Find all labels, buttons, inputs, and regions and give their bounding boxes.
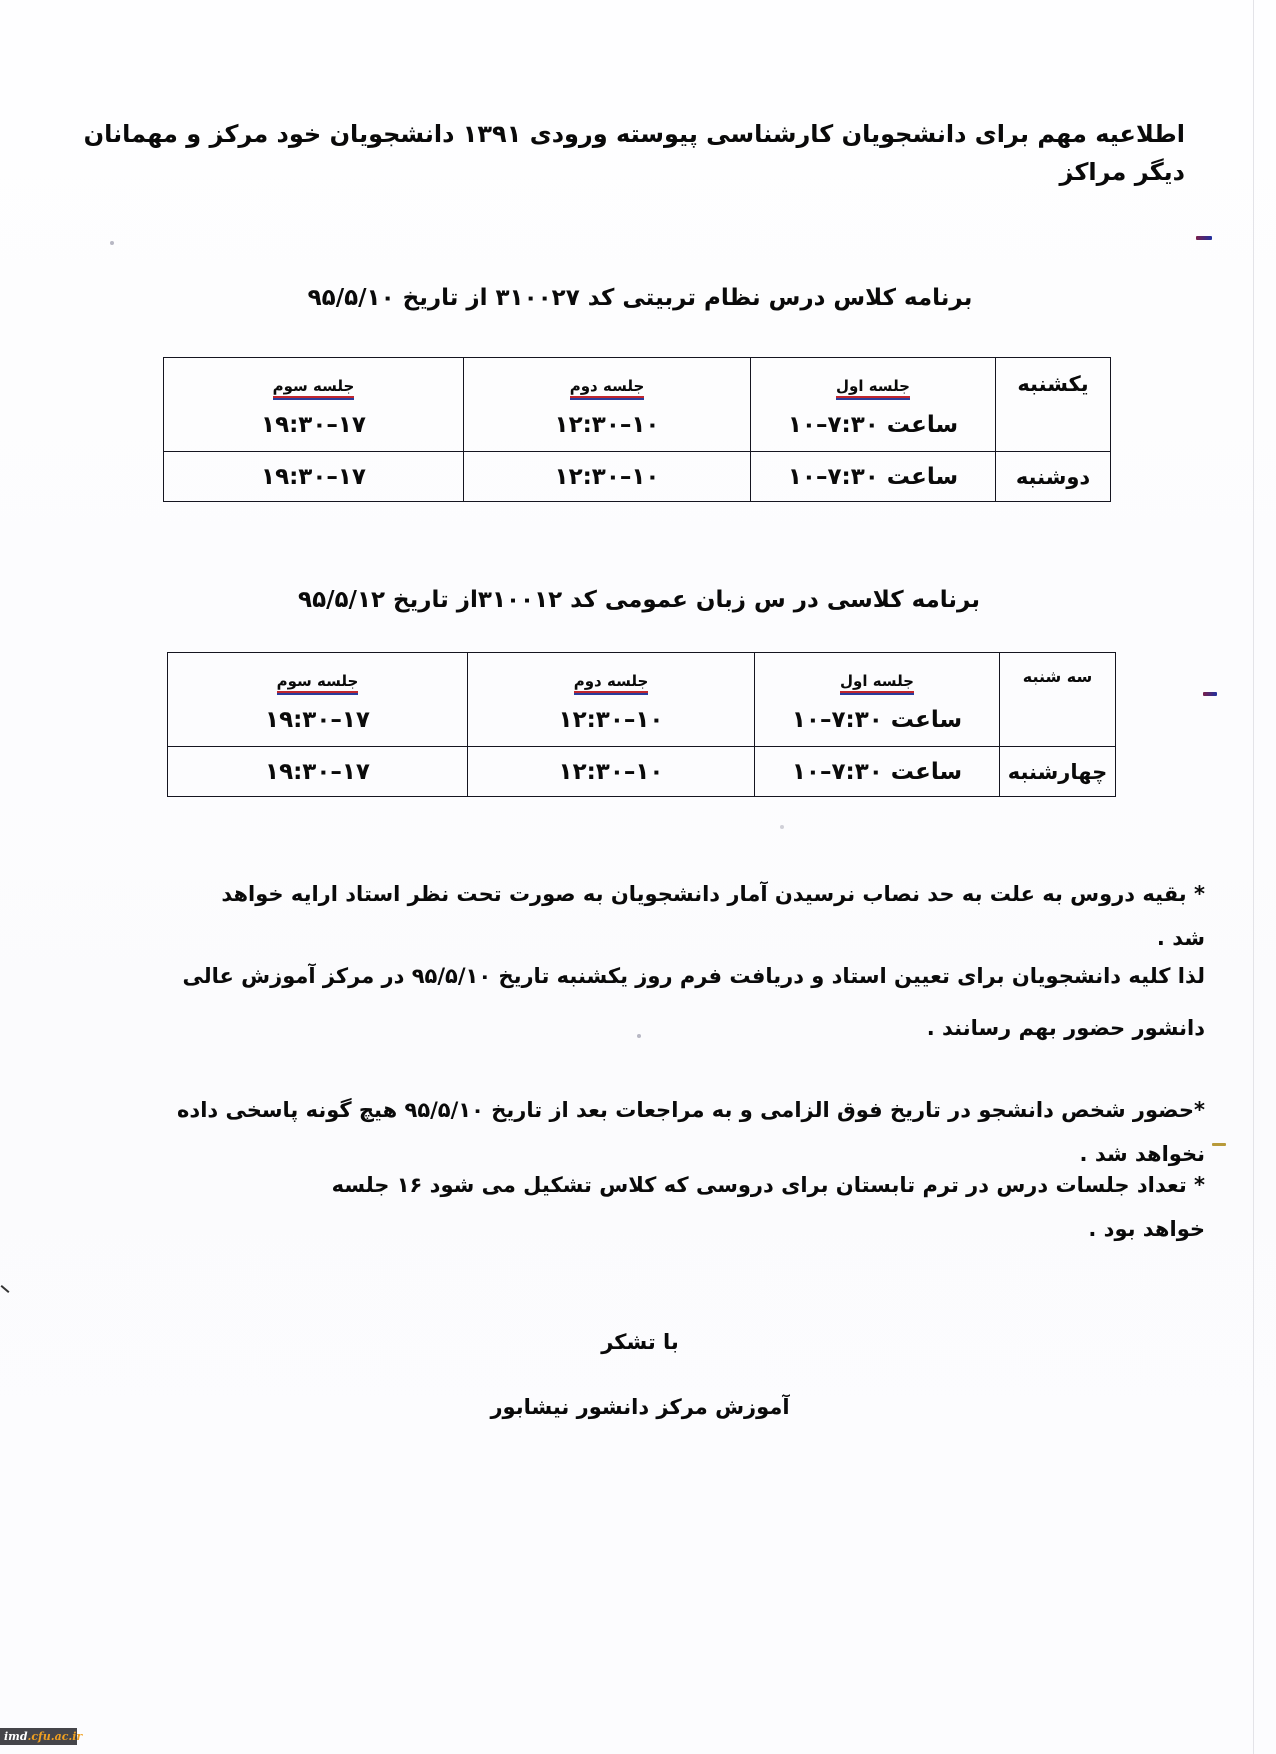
session-time: ۱۷–۱۹:۳۰ [164, 412, 463, 438]
day-cell: یکشنبه [996, 358, 1111, 452]
session-label: جلسه اول [840, 671, 914, 693]
note-remaining-courses: * بقیه دروس به علت به حد نصاب نرسیدن آما… [190, 872, 1205, 960]
scan-mark [1212, 1143, 1226, 1146]
session-time: ۱۰–۱۲:۳۰ [468, 707, 754, 733]
scan-mark [1203, 692, 1217, 696]
note-attendance-instruction: لذا کلیه دانشجویان برای تعیین استاد و در… [115, 950, 1205, 1054]
note-session-count: * تعداد جلسات درس در ترم تابستان برای در… [290, 1163, 1205, 1251]
session-cell: جلسه دوم ۱۰–۱۲:۳۰ [468, 653, 755, 747]
day-cell: سه شنبه [1000, 653, 1116, 747]
day-cell: چهارشنبه [1000, 747, 1116, 797]
session-time: ۱۰–۱۲:۳۰ [464, 412, 750, 438]
session-label: جلسه سوم [273, 376, 355, 398]
session-time: ساعت ۷:۳۰–۱۰ [755, 747, 1000, 797]
schedule-1-table: یکشنبه جلسه اول ساعت ۷:۳۰–۱۰ جلسه دوم ۱۰… [163, 357, 1111, 502]
closing-thanks: با تشکر [480, 1330, 800, 1354]
session-label: جلسه اول [836, 376, 910, 398]
session-time: ۱۷–۱۹:۳۰ [168, 747, 468, 797]
table-row: سه شنبه جلسه اول ساعت ۷:۳۰–۱۰ جلسه دوم ۱… [168, 653, 1116, 747]
scan-mark [1196, 236, 1212, 240]
session-time: ۱۷–۱۹:۳۰ [168, 707, 467, 733]
session-time: ۱۷–۱۹:۳۰ [164, 452, 464, 502]
scan-dot [780, 825, 784, 829]
session-time: ساعت ۷:۳۰–۱۰ [755, 707, 999, 733]
session-cell: جلسه اول ساعت ۷:۳۰–۱۰ [751, 358, 996, 452]
session-time: ساعت ۷:۳۰–۱۰ [751, 412, 995, 438]
schedule-1-heading: برنامه کلاس درس نظام تربیتی کد ۳۱۰۰۲۷ از… [300, 285, 980, 311]
session-label: جلسه سوم [277, 671, 359, 693]
session-time: ۱۰–۱۲:۳۰ [468, 747, 755, 797]
scan-dot [110, 241, 114, 245]
session-label: جلسه دوم [570, 376, 645, 398]
watermark-suffix: .cfu.ac.ir [28, 1730, 83, 1743]
session-time: ۱۰–۱۲:۳۰ [464, 452, 751, 502]
session-time: ساعت ۷:۳۰–۱۰ [751, 452, 996, 502]
session-cell: جلسه دوم ۱۰–۱۲:۳۰ [464, 358, 751, 452]
scanned-page: اطلاعیه مهم برای دانشجویان کارشناسی پیوس… [0, 0, 1276, 1754]
site-watermark: imd.cfu.ac.ir [0, 1728, 77, 1745]
day-cell: دوشنبه [996, 452, 1111, 502]
scan-dot [637, 1034, 641, 1038]
session-cell: جلسه اول ساعت ۷:۳۰–۱۰ [755, 653, 1000, 747]
schedule-2-heading: برنامه کلاسی در س زبان عمومی کد ۳۱۰۰۱۲از… [300, 587, 980, 613]
session-cell: جلسه سوم ۱۷–۱۹:۳۰ [164, 358, 464, 452]
watermark-prefix: imd [4, 1730, 28, 1743]
announcement-title: اطلاعیه مهم برای دانشجویان کارشناسی پیوس… [60, 115, 1185, 191]
scan-edge-nick [1, 1285, 10, 1293]
table-row: یکشنبه جلسه اول ساعت ۷:۳۰–۱۰ جلسه دوم ۱۰… [164, 358, 1111, 452]
schedule-2-table: سه شنبه جلسه اول ساعت ۷:۳۰–۱۰ جلسه دوم ۱… [167, 652, 1116, 797]
session-cell: جلسه سوم ۱۷–۱۹:۳۰ [168, 653, 468, 747]
scan-edge-line [1253, 0, 1254, 1754]
table-row: دوشنبه ساعت ۷:۳۰–۱۰ ۱۰–۱۲:۳۰ ۱۷–۱۹:۳۰ [164, 452, 1111, 502]
table-row: چهارشنبه ساعت ۷:۳۰–۱۰ ۱۰–۱۲:۳۰ ۱۷–۱۹:۳۰ [168, 747, 1116, 797]
session-label: جلسه دوم [574, 671, 649, 693]
closing-signature: آموزش مرکز دانشور نیشابور [480, 1395, 800, 1419]
